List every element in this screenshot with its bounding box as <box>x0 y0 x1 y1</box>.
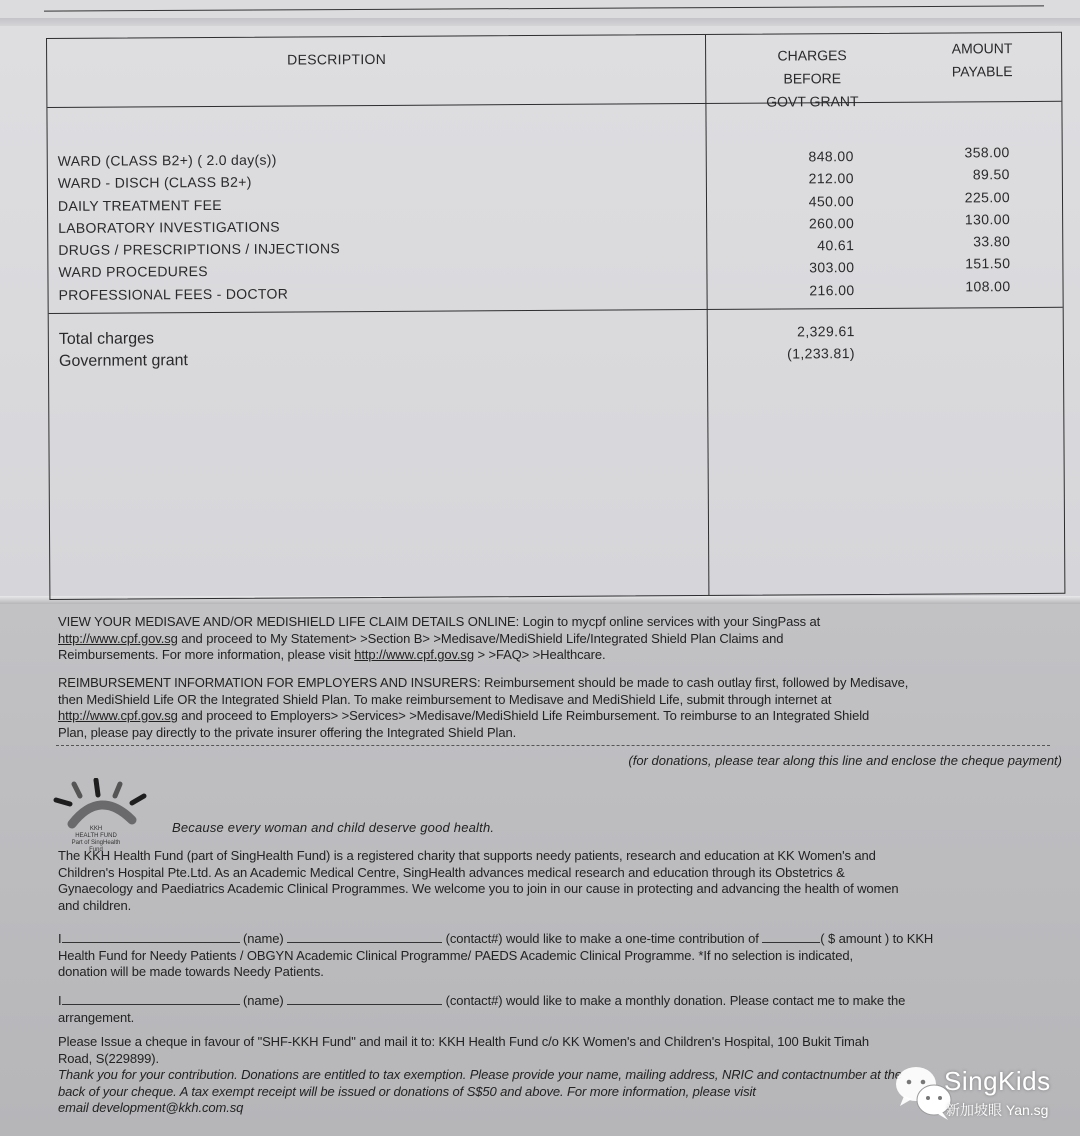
cpf-link[interactable]: http://www.cpf.gov.sg <box>354 647 474 662</box>
header-charges-line1: CHARGES BEFORE <box>747 44 877 91</box>
charge-items: WARD (CLASS B2+) ( 2.0 day(s)) 848.00 35… <box>58 147 1039 309</box>
medisave-info-text: and proceed to My Statement> >Section B>… <box>178 631 784 646</box>
item-amount-payable: 358.00 <box>890 144 1010 161</box>
previous-page-border <box>44 5 1044 11</box>
bill-charges-table: DESCRIPTION CHARGES BEFORE GOVT GRANT AM… <box>46 32 1065 600</box>
amount-label: ( $ amount ) to KKH <box>820 931 933 946</box>
item-charges-before-grant: 212.00 <box>734 170 854 187</box>
fund-description-line: The KKH Health Fund (part of SingHealth … <box>58 848 1048 865</box>
item-amount-payable: 33.80 <box>890 233 1010 250</box>
table-row: PROFESSIONAL FEES - DOCTOR 216.00 108.00 <box>59 281 1039 309</box>
item-description: LABORATORY INVESTIGATIONS <box>58 218 280 235</box>
reimbursement-info-line: http://www.cpf.gov.sg and proceed to Emp… <box>58 708 1048 725</box>
name-field[interactable] <box>62 930 240 943</box>
item-charges-before-grant: 303.00 <box>734 260 854 277</box>
reimbursement-info-text: and proceed to Employers> >Services> >Me… <box>178 708 869 723</box>
government-grant-value: (1,233.81) <box>715 345 855 362</box>
header-amount-payable: AMOUNT PAYABLE <box>917 37 1047 84</box>
header-amount-line2: PAYABLE <box>917 60 1047 84</box>
cpf-link[interactable]: http://www.cpf.gov.sg <box>58 631 178 646</box>
totals-section: Total charges 2,329.61 Government grant … <box>59 325 1039 375</box>
item-amount-payable: 151.50 <box>890 256 1010 273</box>
header-divider <box>47 101 1061 108</box>
fund-description-line: Gynaecology and Paediatrics Academic Cli… <box>58 881 1048 898</box>
medisave-info-line: http://www.cpf.gov.sg and proceed to My … <box>58 631 1048 648</box>
item-charges-before-grant: 40.61 <box>734 237 854 254</box>
medisave-info-text: Reimbursements. For more information, pl… <box>58 647 354 662</box>
reimbursement-info-line: REIMBURSEMENT INFORMATION FOR EMPLOYERS … <box>58 675 1048 692</box>
monthly-donation-line: I (name) (contact#) would like to make a… <box>58 992 1048 1010</box>
medisave-claim-info: VIEW YOUR MEDISAVE AND/OR MEDISHIELD LIF… <box>58 614 1048 664</box>
monthly-donation-form: I (name) (contact#) would like to make a… <box>58 992 1048 1026</box>
contact-label: (contact#) <box>446 993 503 1008</box>
monthly-donation-line: arrangement. <box>58 1010 1048 1027</box>
monthly-text: would like to make a monthly donation. P… <box>502 993 905 1008</box>
one-time-text: would like to make a one-time contributi… <box>502 931 762 946</box>
item-amount-payable: 108.00 <box>890 278 1010 295</box>
item-description: PROFESSIONAL FEES - DOCTOR <box>59 285 289 302</box>
item-charges-before-grant: 450.00 <box>734 193 854 210</box>
item-amount-payable: 225.00 <box>890 189 1010 206</box>
reimbursement-info: REIMBURSEMENT INFORMATION FOR EMPLOYERS … <box>58 675 1048 741</box>
item-amount-payable: 89.50 <box>890 166 1010 183</box>
column-divider <box>705 35 709 595</box>
contact-field[interactable] <box>287 992 442 1005</box>
contact-field[interactable] <box>287 930 442 943</box>
item-description: DAILY TREATMENT FEE <box>58 197 222 214</box>
header-description: DESCRIPTION <box>287 51 386 68</box>
logo-text-line: HEALTH FUND <box>66 833 126 840</box>
logo-text-line: KKH <box>66 826 126 833</box>
medisave-info-line: VIEW YOUR MEDISAVE AND/OR MEDISHIELD LIF… <box>58 614 1048 631</box>
government-grant-label: Government grant <box>59 352 188 371</box>
one-time-donation-line: I (name) (contact#) would like to make a… <box>58 930 1048 948</box>
watermark-subtitle: 新加坡眼 Yan.sg <box>946 1100 1048 1120</box>
item-description: DRUGS / PRESCRIPTIONS / INJECTIONS <box>58 240 340 258</box>
programme-selection-line: Health Fund for Needy Patients / OBGYN A… <box>58 948 1048 965</box>
item-description: WARD - DISCH (CLASS B2+) <box>58 174 252 191</box>
cpf-link[interactable]: http://www.cpf.gov.sg <box>58 708 178 723</box>
cheque-instruction-line: Please Issue a cheque in favour of "SHF-… <box>58 1034 1048 1051</box>
name-label: (name) <box>243 931 284 946</box>
name-field[interactable] <box>62 992 240 1005</box>
item-charges-before-grant: 216.00 <box>735 282 855 299</box>
item-charges-before-grant: 260.00 <box>734 215 854 232</box>
name-label: (name) <box>243 993 284 1008</box>
total-charges-label: Total charges <box>59 330 154 349</box>
one-time-donation-form: I (name) (contact#) would like to make a… <box>58 930 1048 981</box>
contact-label: (contact#) <box>446 931 503 946</box>
tear-line <box>56 745 1050 746</box>
amount-field[interactable] <box>762 930 820 943</box>
item-description: WARD (CLASS B2+) ( 2.0 day(s)) <box>58 152 277 169</box>
item-charges-before-grant: 848.00 <box>734 148 854 165</box>
default-selection-note: donation will be made towards Needy Pati… <box>58 964 1048 981</box>
reimbursement-info-line: Plan, please pay directly to the private… <box>58 725 1048 742</box>
total-charges-value: 2,329.61 <box>715 323 855 340</box>
medisave-info-text: > >FAQ> >Healthcare. <box>474 647 606 662</box>
fund-description-line: Children's Hospital Pte.Ltd. As an Acade… <box>58 865 1048 882</box>
item-amount-payable: 130.00 <box>890 211 1010 228</box>
header-charges-before-grant: CHARGES BEFORE GOVT GRANT <box>747 44 877 114</box>
medisave-info-line: Reimbursements. For more information, pl… <box>58 647 1048 664</box>
fund-tagline: Because every woman and child deserve go… <box>172 820 494 835</box>
fund-description-line: and children. <box>58 898 1048 915</box>
item-description: WARD PROCEDURES <box>58 264 208 281</box>
fund-description: The KKH Health Fund (part of SingHealth … <box>58 848 1048 914</box>
watermark-brand: SingKids <box>944 1066 1051 1097</box>
reimbursement-info-line: then MediShield Life OR the Integrated S… <box>58 692 1048 709</box>
government-grant-row: Government grant (1,233.81) <box>59 347 1039 375</box>
header-amount-line1: AMOUNT <box>917 37 1047 61</box>
header-charges-line2: GOVT GRANT <box>747 90 877 114</box>
tear-note: (for donations, please tear along this l… <box>628 753 1062 768</box>
